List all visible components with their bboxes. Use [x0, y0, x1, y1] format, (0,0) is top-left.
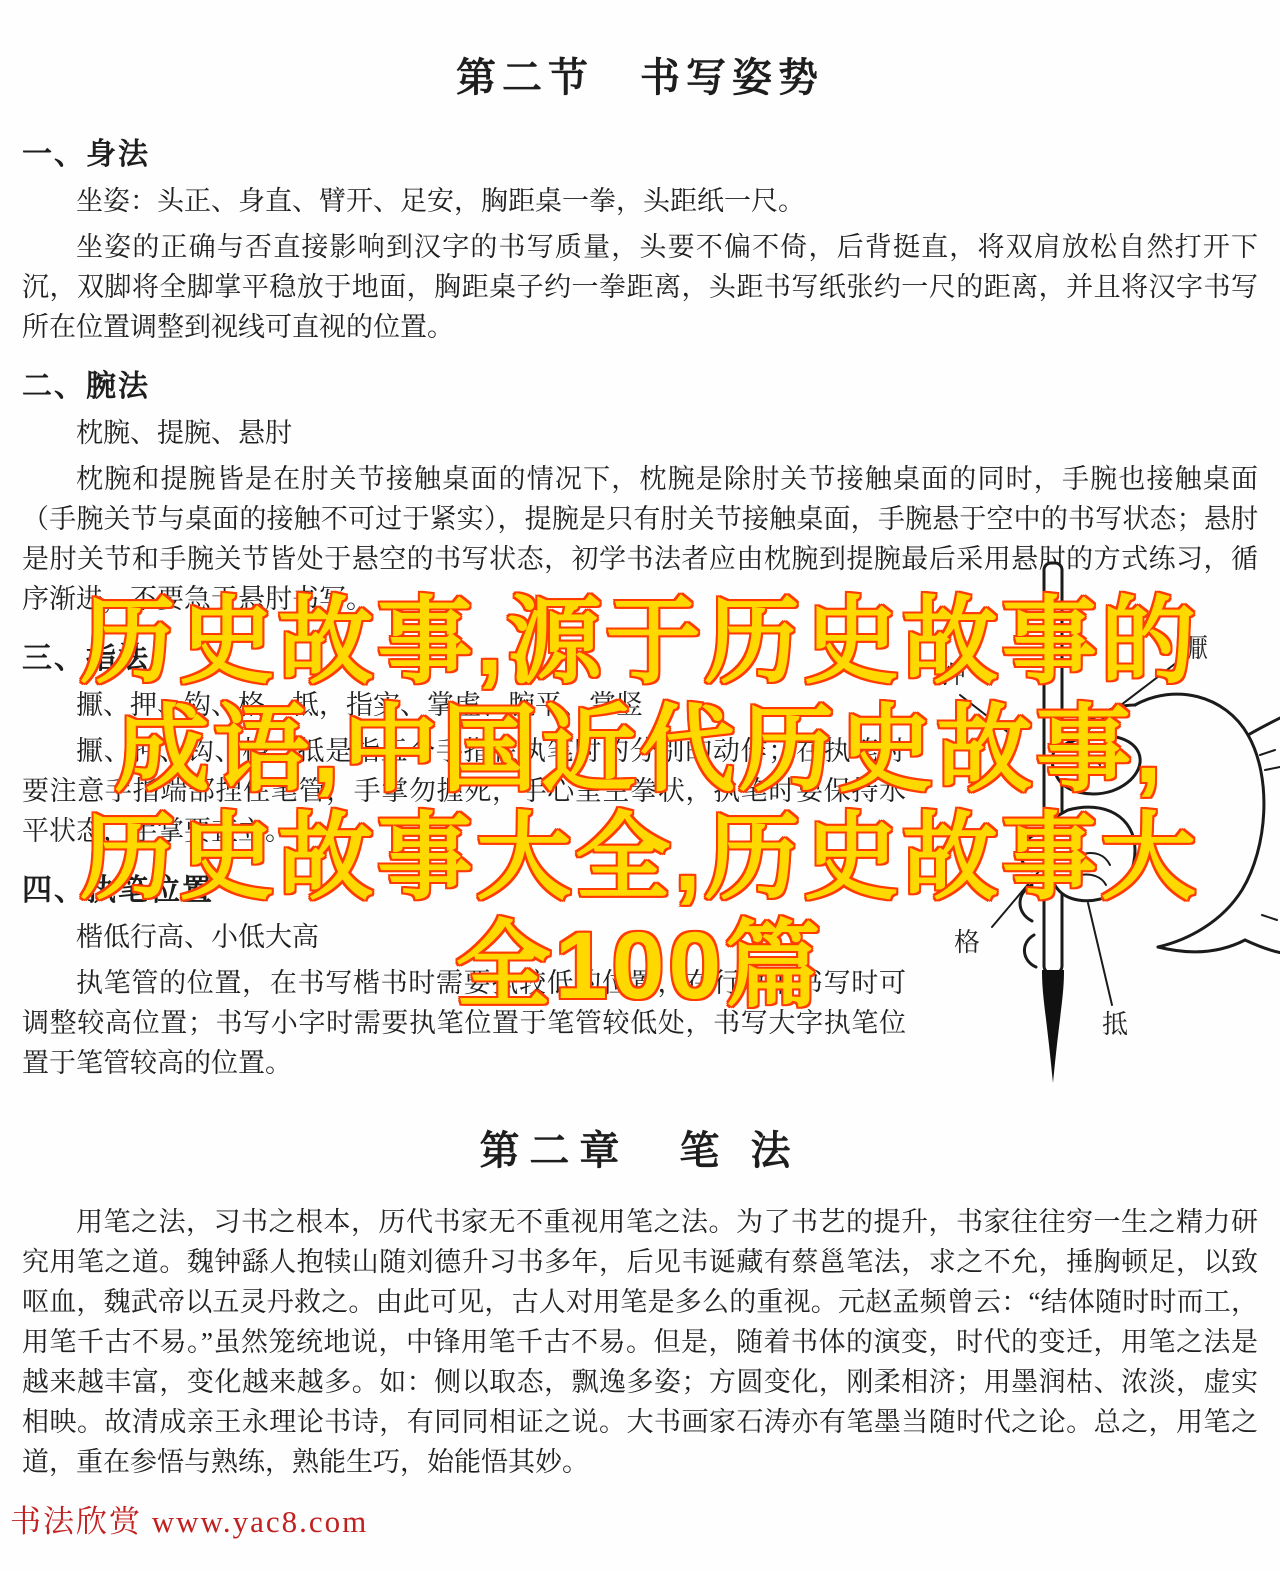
leader-line-ge	[992, 863, 1046, 927]
leader-line-di	[1088, 903, 1112, 1005]
cuff-mark	[1265, 767, 1280, 770]
fingertip	[1021, 835, 1034, 871]
leader-line-ya	[960, 695, 1018, 740]
paragraph: 坐姿的正确与否直接影响到汉字的书写质量，头要不偏不倚，后背挺直，将双肩放松自然打…	[22, 227, 1258, 347]
chapter-paragraph: 用笔之法，习书之根本，历代书家无不重视用笔之法。为了书艺的提升，书家往往穷一生之…	[22, 1202, 1258, 1482]
wrist-line	[1245, 940, 1280, 953]
fingertip	[1024, 935, 1036, 967]
hand-outline-bottom	[1158, 940, 1245, 952]
diagram-label-ge: 格	[954, 928, 980, 957]
leader-line-ye	[1066, 663, 1176, 747]
brush-tip	[1042, 970, 1064, 1083]
cuff-mark	[1262, 915, 1277, 920]
hand-holding-brush-illustration: 擫 押 格 抵	[930, 555, 1280, 1090]
wrist-line	[1248, 717, 1280, 735]
curled-fingers	[1050, 807, 1135, 901]
section-heading-shenfa: 一、身法	[22, 129, 1258, 173]
scanned-book-page: 第二节 书写姿势 一、身法 坐姿：头正、身直、臂开、足安，胸距桌一拳，头距纸一尺…	[0, 0, 1280, 1573]
section-heading-wanfa: 二、腕法	[22, 361, 1258, 405]
diagram-label-di: 抵	[1102, 1010, 1128, 1039]
diagram-label-ya: 押	[940, 660, 966, 689]
chapter-title: 第二章 笔 法	[22, 1119, 1258, 1176]
cuff-mark	[1260, 750, 1275, 755]
footer-site-watermark: 书法欣赏 www.yac8.com	[10, 1496, 368, 1541]
hand-outline	[1135, 694, 1264, 947]
diagram-label-ye: 擫	[1182, 634, 1208, 663]
page-title: 第二节 书写姿势	[22, 46, 1258, 103]
paragraph: 坐姿：头正、身直、臂开、足安，胸距桌一拳，头距纸一尺。	[22, 181, 1258, 221]
thumb	[1052, 736, 1140, 794]
paragraph: 枕腕、提腕、悬肘	[22, 413, 1258, 453]
